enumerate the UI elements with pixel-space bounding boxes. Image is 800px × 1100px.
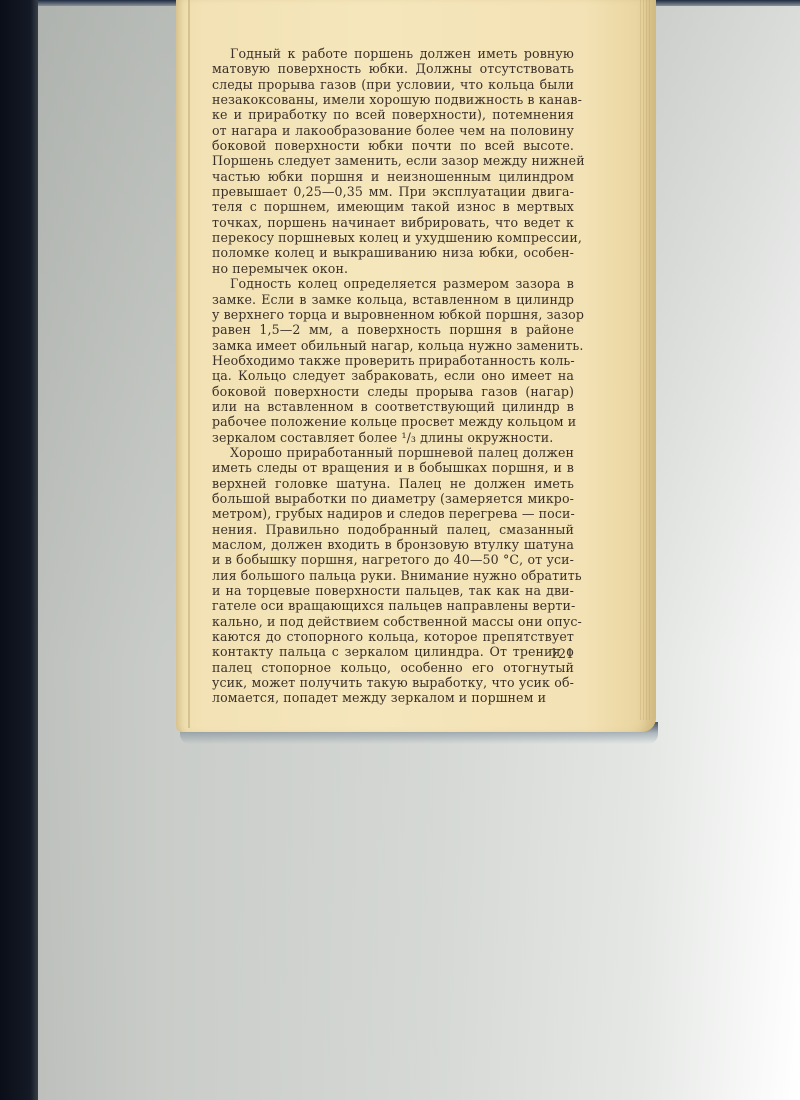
text-line: палец стопорное кольцо, особенно его ото… xyxy=(212,660,574,675)
text-line: превышает 0,25—0,35 мм. При эксплуатации… xyxy=(212,184,574,199)
text-line: Годность колец определяется размером заз… xyxy=(212,276,574,291)
text-line: равен 1,5—2 мм, а поверхность поршня в р… xyxy=(212,322,574,337)
page-number: 121 xyxy=(518,646,574,661)
text-line: ломается, попадет между зеркалом и поршн… xyxy=(212,690,574,705)
text-line: замка имеет обильный нагар, кольца нужно… xyxy=(212,338,574,353)
text-line: теля с поршнем, имеющим такой износ в ме… xyxy=(212,199,574,214)
text-line: или на вставленном в соответствующий цил… xyxy=(212,399,574,414)
paragraph: Годный к работе поршень должен иметь ров… xyxy=(212,46,574,276)
text-line: кально, и под действием собственной масс… xyxy=(212,614,574,629)
text-line: следы прорыва газов (при условии, что ко… xyxy=(212,77,574,92)
book-page: Годный к работе поршень должен иметь ров… xyxy=(176,0,656,732)
text-line: каются до стопорного кольца, которое пре… xyxy=(212,629,574,644)
page-edges xyxy=(640,0,650,720)
scanner-edge-dark xyxy=(0,0,38,1100)
text-line: матовую поверхность юбки. Должны отсутст… xyxy=(212,61,574,76)
text-line: рабочее положение кольце просвет между к… xyxy=(212,414,574,429)
text-line: большой выработки по диаметру (замеряетс… xyxy=(212,491,574,506)
body-text: Годный к работе поршень должен иметь ров… xyxy=(212,46,574,706)
text-line: ца. Кольцо следует забраковать, если оно… xyxy=(212,368,574,383)
text-line: боковой поверхности юбки почти по всей в… xyxy=(212,138,574,153)
text-line: и в бобышку поршня, нагретого до 40—50 °… xyxy=(212,552,574,567)
text-line: но перемычек окон. xyxy=(212,261,574,276)
text-line: Поршень следует заменить, если зазор меж… xyxy=(212,153,574,168)
text-line: замке. Если в замке кольца, вставленном … xyxy=(212,292,574,307)
paragraph: Хорошо приработанный поршневой палец дол… xyxy=(212,445,574,706)
text-line: гателе оси вращающихся пальцев направлен… xyxy=(212,598,574,613)
text-line: зеркалом составляет более ¹/₃ длины окру… xyxy=(212,430,574,445)
page-fold xyxy=(188,0,190,728)
text-line: нения. Правильно подобранный палец, смаз… xyxy=(212,522,574,537)
text-line: точках, поршень начинает вибрировать, чт… xyxy=(212,215,574,230)
text-line: перекосу поршневых колец и ухудшению ком… xyxy=(212,230,574,245)
text-line: ке и приработку по всей поверхности), по… xyxy=(212,107,574,122)
text-line: усик, может получить такую выработку, чт… xyxy=(212,675,574,690)
text-line: метром), грубых надиров и следов перегре… xyxy=(212,506,574,521)
text-line: у верхнего торца и выровненном юбкой пор… xyxy=(212,307,574,322)
text-line: Хорошо приработанный поршневой палец дол… xyxy=(212,445,574,460)
text-line: боковой поверхности следы прорыва газов … xyxy=(212,384,574,399)
text-line: от нагара и лакообразование более чем на… xyxy=(212,123,574,138)
text-line: Необходимо также проверить приработаннос… xyxy=(212,353,574,368)
text-line: частью юбки поршня и неизношенным цилинд… xyxy=(212,169,574,184)
text-line: и на торцевые поверхности пальцев, так к… xyxy=(212,583,574,598)
text-line: Годный к работе поршень должен иметь ров… xyxy=(212,46,574,61)
text-line: верхней головке шатуна. Палец не должен … xyxy=(212,476,574,491)
paragraph: Годность колец определяется размером заз… xyxy=(212,276,574,445)
text-line: лия большого пальца руки. Внимание нужно… xyxy=(212,568,574,583)
text-line: поломке колец и выкрашиванию низа юбки, … xyxy=(212,245,574,260)
text-line: иметь следы от вращения и в бобышках пор… xyxy=(212,460,574,475)
text-line: маслом, должен входить в бронзовую втулк… xyxy=(212,537,574,552)
text-line: незакоксованы, имели хорошую подвижность… xyxy=(212,92,574,107)
